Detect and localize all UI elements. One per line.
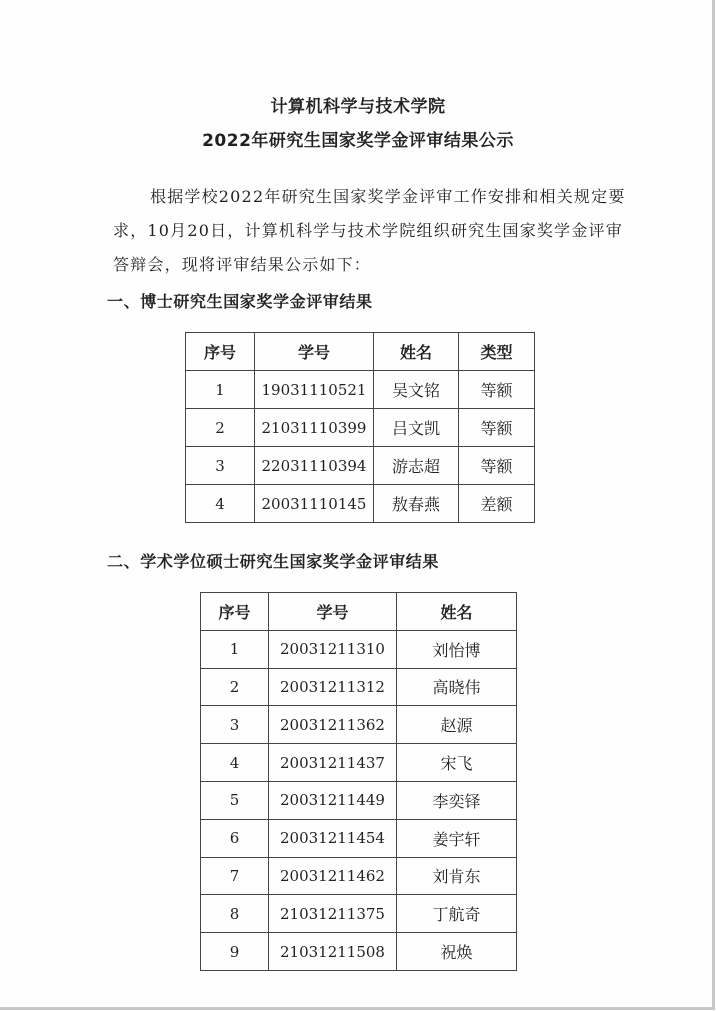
cell-no: 4 (186, 485, 255, 523)
column-header-name: 姓名 (397, 593, 517, 631)
table-header-row: 序号 学号 姓名 (201, 593, 517, 631)
intro-paragraph: 根据学校2022年研究生国家奖学金评审工作安排和相关规定要 求，10月20日，计… (113, 180, 633, 282)
cell-student-id: 19031110521 (255, 371, 374, 409)
cell-no: 2 (201, 668, 269, 706)
cell-name: 宋飞 (397, 744, 517, 782)
cell-type: 等额 (459, 447, 535, 485)
table-row: 9 21031211508 祝焕 (201, 933, 517, 971)
cell-type: 差额 (459, 485, 535, 523)
cell-name: 刘肯东 (397, 857, 517, 895)
cell-type: 等额 (459, 371, 535, 409)
table-row: 1 20031211310 刘怡博 (201, 630, 517, 668)
column-header-no: 序号 (186, 333, 255, 371)
cell-no: 3 (201, 706, 269, 744)
phd-results-table: 序号 学号 姓名 类型 1 19031110521 吴文铭 等额 2 21031… (185, 332, 535, 523)
cell-name: 高晓伟 (397, 668, 517, 706)
master-results-table: 序号 学号 姓名 1 20031211310 刘怡博 2 20031211312… (200, 592, 517, 971)
cell-no: 6 (201, 819, 269, 857)
section-heading-master: 二、学术学位硕士研究生国家奖学金评审结果 (107, 549, 439, 572)
column-header-name: 姓名 (374, 333, 459, 371)
table-row: 4 20031211437 宋飞 (201, 744, 517, 782)
section-heading-phd: 一、博士研究生国家奖学金评审结果 (107, 289, 373, 312)
intro-line-3: 答辩会，现将评审结果公示如下： (113, 248, 633, 282)
cell-no: 4 (201, 744, 269, 782)
cell-no: 5 (201, 781, 269, 819)
cell-no: 3 (186, 447, 255, 485)
table-row: 5 20031211449 李奕铎 (201, 781, 517, 819)
column-header-student-id: 学号 (269, 593, 397, 631)
table-row: 2 21031110399 吕文凯 等额 (186, 409, 535, 447)
cell-name: 敖春燕 (374, 485, 459, 523)
cell-name: 丁航奇 (397, 895, 517, 933)
document-title-college: 计算机科学与技术学院 (0, 92, 716, 117)
table-row: 4 20031110145 敖春燕 差额 (186, 485, 535, 523)
table-row: 7 20031211462 刘肯东 (201, 857, 517, 895)
cell-name: 吕文凯 (374, 409, 459, 447)
cell-student-id: 20031211437 (269, 744, 397, 782)
cell-student-id: 20031211454 (269, 819, 397, 857)
cell-no: 7 (201, 857, 269, 895)
cell-type: 等额 (459, 409, 535, 447)
document-title-announcement: 2022年研究生国家奖学金评审结果公示 (0, 126, 716, 151)
cell-name: 李奕铎 (397, 781, 517, 819)
cell-name: 游志超 (374, 447, 459, 485)
cell-no: 9 (201, 933, 269, 971)
cell-student-id: 20031211362 (269, 706, 397, 744)
cell-student-id: 20031211312 (269, 668, 397, 706)
cell-student-id: 21031110399 (255, 409, 374, 447)
table-row: 2 20031211312 高晓伟 (201, 668, 517, 706)
intro-line-1: 根据学校2022年研究生国家奖学金评审工作安排和相关规定要 (113, 180, 633, 214)
table-row: 3 22031110394 游志超 等额 (186, 447, 535, 485)
column-header-student-id: 学号 (255, 333, 374, 371)
cell-name: 刘怡博 (397, 630, 517, 668)
cell-name: 姜宇轩 (397, 819, 517, 857)
intro-line-2: 求，10月20日，计算机科学与技术学院组织研究生国家奖学金评审 (113, 214, 633, 248)
table-header-row: 序号 学号 姓名 类型 (186, 333, 535, 371)
table-row: 1 19031110521 吴文铭 等额 (186, 371, 535, 409)
column-header-no: 序号 (201, 593, 269, 631)
document-page: 计算机科学与技术学院 2022年研究生国家奖学金评审结果公示 根据学校2022年… (0, 0, 715, 1010)
cell-no: 8 (201, 895, 269, 933)
table-row: 3 20031211362 赵源 (201, 706, 517, 744)
cell-student-id: 21031211508 (269, 933, 397, 971)
cell-student-id: 20031110145 (255, 485, 374, 523)
cell-student-id: 22031110394 (255, 447, 374, 485)
cell-student-id: 20031211462 (269, 857, 397, 895)
cell-student-id: 21031211375 (269, 895, 397, 933)
table-row: 8 21031211375 丁航奇 (201, 895, 517, 933)
cell-no: 2 (186, 409, 255, 447)
cell-name: 祝焕 (397, 933, 517, 971)
cell-no: 1 (201, 630, 269, 668)
cell-student-id: 20031211449 (269, 781, 397, 819)
column-header-type: 类型 (459, 333, 535, 371)
cell-name: 吴文铭 (374, 371, 459, 409)
cell-name: 赵源 (397, 706, 517, 744)
table-row: 6 20031211454 姜宇轩 (201, 819, 517, 857)
cell-no: 1 (186, 371, 255, 409)
cell-student-id: 20031211310 (269, 630, 397, 668)
